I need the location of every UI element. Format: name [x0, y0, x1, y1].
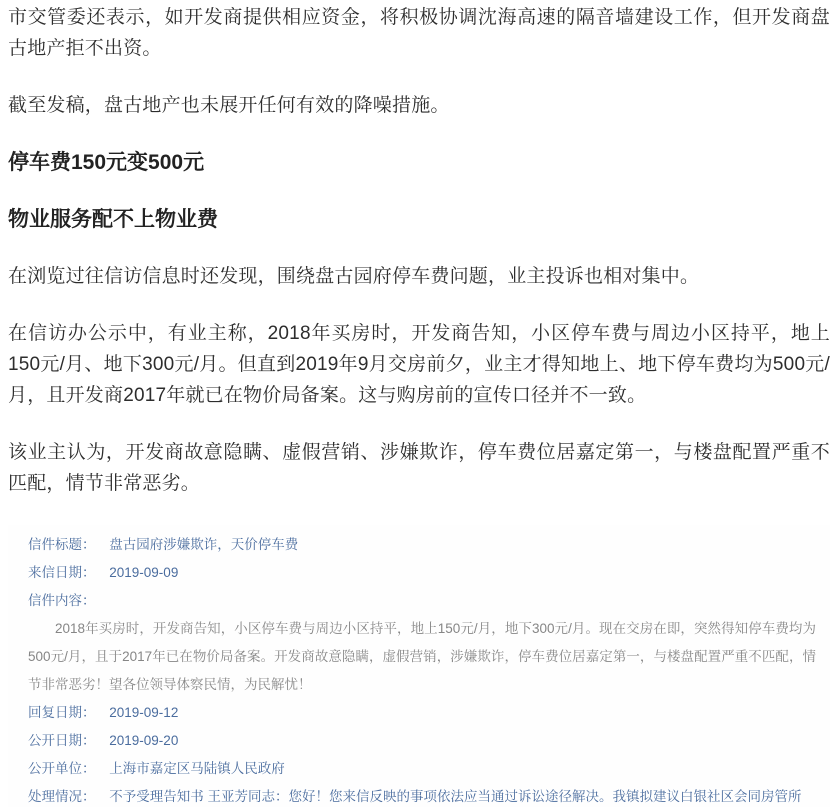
letter-reply-date-label: 回复日期： — [28, 705, 96, 720]
letter-handling-status-label: 处理情况： — [28, 789, 96, 804]
news-article-body: 市交管委还表示，如开发商提供相应资金，将积极协调沈海高速的隔音墙建设工作，但开发… — [0, 0, 838, 807]
article-paragraph-complaints-concentrated: 在浏览过往信访信息时还发现，围绕盘古园府停车费问题，业主投诉也相对集中。 — [8, 261, 830, 292]
letter-publish-date-label: 公开日期： — [28, 733, 96, 748]
complaint-letter-screenshot: 信件标题： 盘古园府涉嫌欺诈，天价停车费 来信日期： 2019-09-09 信件… — [8, 525, 830, 807]
letter-subject-value: 盘古园府涉嫌欺诈，天价停车费 — [109, 537, 298, 552]
article-paragraph-no-measures: 截至发稿，盘古地产也未展开任何有效的降噪措施。 — [8, 90, 830, 121]
letter-field-received-date: 来信日期： 2019-09-09 — [28, 559, 816, 587]
letter-subject-label: 信件标题： — [28, 537, 96, 552]
article-paragraph-fee-change-detail: 在信访办公示中，有业主称，2018年买房时，开发商告知，小区停车费与周边小区持平… — [8, 318, 830, 411]
letter-content-text: 2018年买房时，开发商告知，小区停车费与周边小区持平，地上150元/月，地下3… — [28, 615, 816, 699]
letter-received-date-label: 来信日期： — [28, 565, 96, 580]
letter-content-label: 信件内容： — [28, 593, 96, 608]
letter-publish-date-value: 2019-09-20 — [109, 733, 178, 748]
section-heading-property-service: 物业服务配不上物业费 — [8, 204, 830, 235]
letter-field-content-label: 信件内容： — [28, 587, 816, 615]
letter-reply-date-value: 2019-09-12 — [109, 705, 178, 720]
letter-field-publish-date: 公开日期： 2019-09-20 — [28, 727, 816, 755]
section-heading-parking-fee: 停车费150元变500元 — [8, 147, 830, 178]
letter-publish-org-label: 公开单位： — [28, 761, 96, 776]
letter-received-date-value: 2019-09-09 — [109, 565, 178, 580]
letter-field-subject: 信件标题： 盘古园府涉嫌欺诈，天价停车费 — [28, 531, 816, 559]
letter-handling-status-value: 不予受理告知书 王亚芳同志：您好！您来信反映的事项依法应当通过诉讼途径解决。我镇… — [109, 789, 801, 804]
letter-field-handling-status: 处理情况： 不予受理告知书 王亚芳同志：您好！您来信反映的事项依法应当通过诉讼途… — [28, 783, 816, 807]
letter-publish-org-value: 上海市嘉定区马陆镇人民政府 — [109, 761, 285, 776]
article-paragraph-owner-opinion: 该业主认为，开发商故意隐瞒、虚假营销、涉嫌欺诈，停车费位居嘉定第一，与楼盘配置严… — [8, 437, 830, 499]
article-paragraph-noise-funding: 市交管委还表示，如开发商提供相应资金，将积极协调沈海高速的隔音墙建设工作，但开发… — [8, 2, 830, 64]
letter-field-reply-date: 回复日期： 2019-09-12 — [28, 699, 816, 727]
letter-field-publish-org: 公开单位： 上海市嘉定区马陆镇人民政府 — [28, 755, 816, 783]
